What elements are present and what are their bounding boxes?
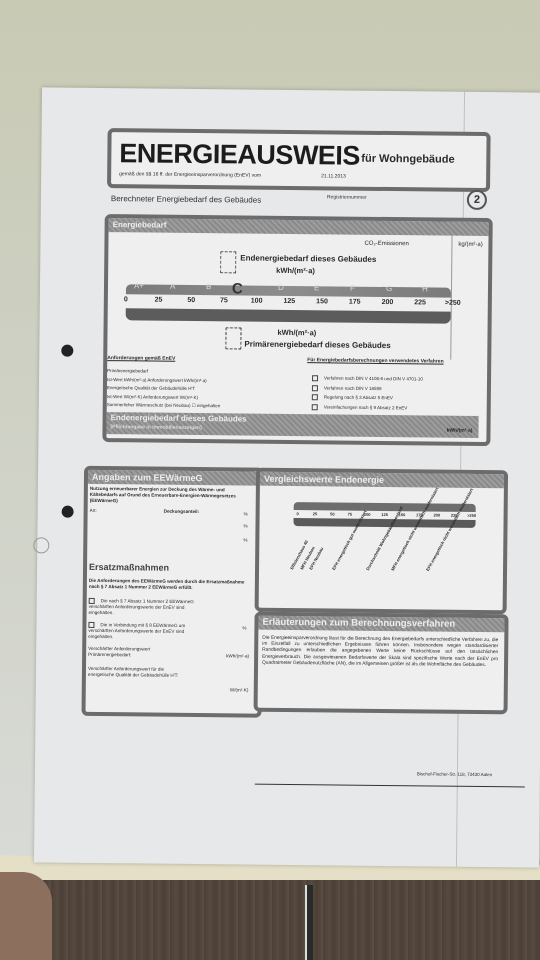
primary-energy-arrow-icon: [225, 327, 241, 349]
replacement-item-1[interactable]: Die nach § 7 Absatz 1 Nummer 2 EEWärmeG …: [89, 598, 209, 617]
comparison-tick: 50: [330, 511, 335, 516]
primary-scale: [126, 308, 451, 323]
punch-hole: [61, 345, 73, 357]
procedures-title: Für Energiebedarfsberechnungen verwendet…: [307, 357, 443, 364]
percent-sign: %: [243, 524, 247, 530]
replacement-intro: Die Anforderungen des EEWärmeG werden du…: [89, 578, 249, 592]
requirement-line: Ist-Wert kWh/(m²·a) Anforderungswert kWh…: [107, 377, 207, 383]
procedure-option[interactable]: Verfahren nach DIN V 4108-6 und DIN V 47…: [312, 375, 423, 382]
energy-demand-box: Energiebedarf CO₂-Emissionen kg/(m²·a) E…: [102, 214, 492, 446]
title-box: ENERGIEAUSWEIS für Wohngebäude gemäß den…: [107, 128, 491, 192]
energy-demand-header: Energiebedarf: [109, 218, 489, 236]
scale-class-letter: G: [386, 284, 392, 293]
end-energy-bar-unit: kWh/(m²·a): [447, 428, 473, 434]
checkbox[interactable]: [312, 394, 318, 400]
percent-sign: %: [244, 512, 248, 518]
procedure-label: Verfahren nach DIN V 18599: [324, 385, 382, 391]
explanations-header: Erläuterungen zum Berechnungsverfahren: [258, 616, 504, 633]
cable: [305, 885, 313, 960]
energy-certificate-page: ENERGIEAUSWEIS für Wohngebäude gemäß den…: [34, 87, 540, 867]
scale-ticks: 0255075100125150175200225>250: [122, 296, 457, 310]
primary-energy-label: Primärenergiebedarf dieses Gebäudes: [244, 340, 390, 351]
end-energy-unit: kWh/(m²·a): [276, 266, 315, 275]
document-subtitle: für Wohngebäude: [361, 153, 454, 166]
page-number: 2: [467, 190, 487, 210]
comparison-values-box: Vergleichswerte Endenergie 0255075100125…: [255, 468, 508, 615]
percent-sign: %: [243, 538, 247, 544]
signature-line: [255, 784, 525, 788]
scale-class-letter: A: [170, 282, 175, 291]
requirement-line: Ist-Wert W/(m²·K) Anforderungswert W/(m²…: [107, 394, 198, 400]
efficiency-scale: C A+ABDEFGH: [126, 284, 451, 297]
scale-class-letter: H: [422, 284, 428, 293]
eewaermeg-header: Angaben zum EEWärmeG: [88, 470, 260, 486]
requirement-line: Energetische Qualität der Gebäudehülle H…: [107, 385, 195, 391]
scale-tick: 150: [316, 298, 328, 305]
co2-label: CO₂-Emissionen: [364, 241, 408, 247]
comparison-tick: 25: [313, 511, 318, 516]
eewaermeg-intro: Nutzung erneuerbarer Energien zur Deckun…: [90, 486, 250, 506]
scale-tick: 175: [349, 299, 361, 306]
scale-tick: 75: [220, 297, 228, 304]
replacement-measures-title: Ersatzmaßnahmen: [89, 562, 169, 573]
scale-class-letter: D: [278, 283, 284, 292]
document-title: ENERGIEAUSWEIS: [119, 138, 360, 172]
stricter-envelope-unit: W/(m²·K): [230, 687, 249, 693]
footer-address: Bischof-Fischer-Str. 118, 73430 Aalen: [417, 771, 492, 777]
co2-unit: kg/(m²·a): [458, 242, 482, 248]
punch-hole: [62, 506, 74, 518]
scale-tick: 100: [251, 298, 263, 305]
procedure-label: Vereinfachungen nach § 9 Absatz 2 EnEV: [324, 404, 408, 410]
scale-tick: 225: [414, 299, 426, 306]
scale-class-letter: A+: [134, 281, 144, 290]
procedure-label: Verfahren nach DIN V 4108-6 und DIN V 47…: [324, 376, 423, 382]
checkbox[interactable]: [312, 404, 318, 410]
requirements-title: Anforderungen gemäß EnEV: [107, 355, 175, 362]
end-energy-arrow-icon: [220, 251, 236, 273]
explanations-box: Erläuterungen zum Berechnungsverfahren D…: [254, 612, 509, 715]
percent-sign: %: [242, 626, 246, 632]
punch-hole-ring: [33, 537, 49, 553]
comparison-tick: 75: [348, 512, 353, 517]
scale-tick: 125: [283, 298, 295, 305]
primary-energy-unit: kWh/(m²·a): [277, 328, 316, 337]
section-bar: Berechneter Energiebedarf des Gebäudes R…: [107, 192, 477, 210]
stricter-primary-label: Verschärfter Anforderungswert Primärener…: [88, 646, 188, 659]
scale-tick: 200: [382, 299, 394, 306]
procedure-option[interactable]: Vereinfachungen nach § 9 Absatz 2 EnEV: [312, 404, 408, 411]
explanations-text: Die Energieeinsparverordnung lässt für d…: [262, 636, 498, 669]
comparison-tick: 200: [433, 512, 440, 517]
procedure-label: Regelung nach § 3 Absatz 5 EnEV: [324, 395, 393, 401]
requirement-line: Sommerlicher Wärmeschutz (bei Neubau) ☐ …: [107, 402, 221, 409]
procedure-option[interactable]: Verfahren nach DIN V 18599: [312, 385, 382, 392]
scale-class-letter: E: [314, 283, 319, 292]
scale-tick: 0: [124, 296, 128, 303]
stricter-primary-unit: kWh/(m²·a): [226, 653, 249, 659]
requirement-line: Primärenergiebedarf: [107, 368, 148, 373]
replacement-item-2[interactable]: Die in Verbindung mit § 8 EEWärmeG um ve…: [88, 622, 208, 641]
coverage-label: Deckungsanteil:: [164, 509, 200, 515]
law-date: 21.11.2013: [321, 173, 346, 179]
procedure-option[interactable]: Regelung nach § 3 Absatz 5 EnEV: [312, 394, 393, 401]
art-label: Art:: [90, 508, 97, 514]
end-energy-label: Endenergiebedarf dieses Gebäudes: [240, 253, 376, 263]
scale-class-letter: F: [350, 284, 355, 293]
wooden-floor: [0, 880, 540, 960]
checkbox[interactable]: [312, 375, 318, 381]
end-energy-bar: Endenergiebedarf dieses Gebäudes [Pflich…: [106, 412, 478, 438]
checkbox[interactable]: [312, 385, 318, 391]
section-title: Berechneter Energiebedarf des Gebäudes: [111, 194, 261, 205]
comparison-tick: 125: [381, 512, 388, 517]
comparison-tick: 0: [296, 511, 298, 516]
efficiency-class: C: [232, 280, 243, 297]
scale-tick: 25: [155, 297, 163, 304]
registration-label: Registriernummer: [327, 194, 367, 200]
comparison-tick: >250: [467, 513, 476, 518]
end-energy-bar-note: [Pflichtangabe in Immobilienanzeigen]: [110, 424, 201, 431]
scale-class-letter: B: [206, 282, 211, 291]
stricter-envelope-label: Verschärfter Anforderungswert für die en…: [88, 666, 188, 679]
eewaermeg-box: Angaben zum EEWärmeG Nutzung erneuerbare…: [81, 466, 264, 718]
hand: [0, 872, 52, 960]
law-reference: gemäß den §§ 16 ff. der Energieeinsparve…: [119, 171, 261, 178]
scale-tick: 50: [187, 297, 195, 304]
end-energy-bar-title: Endenergiebedarf dieses Gebäudes: [111, 413, 247, 423]
scale-tick: >250: [445, 300, 461, 307]
comparison-values-header: Vergleichswerte Endenergie: [260, 472, 504, 489]
